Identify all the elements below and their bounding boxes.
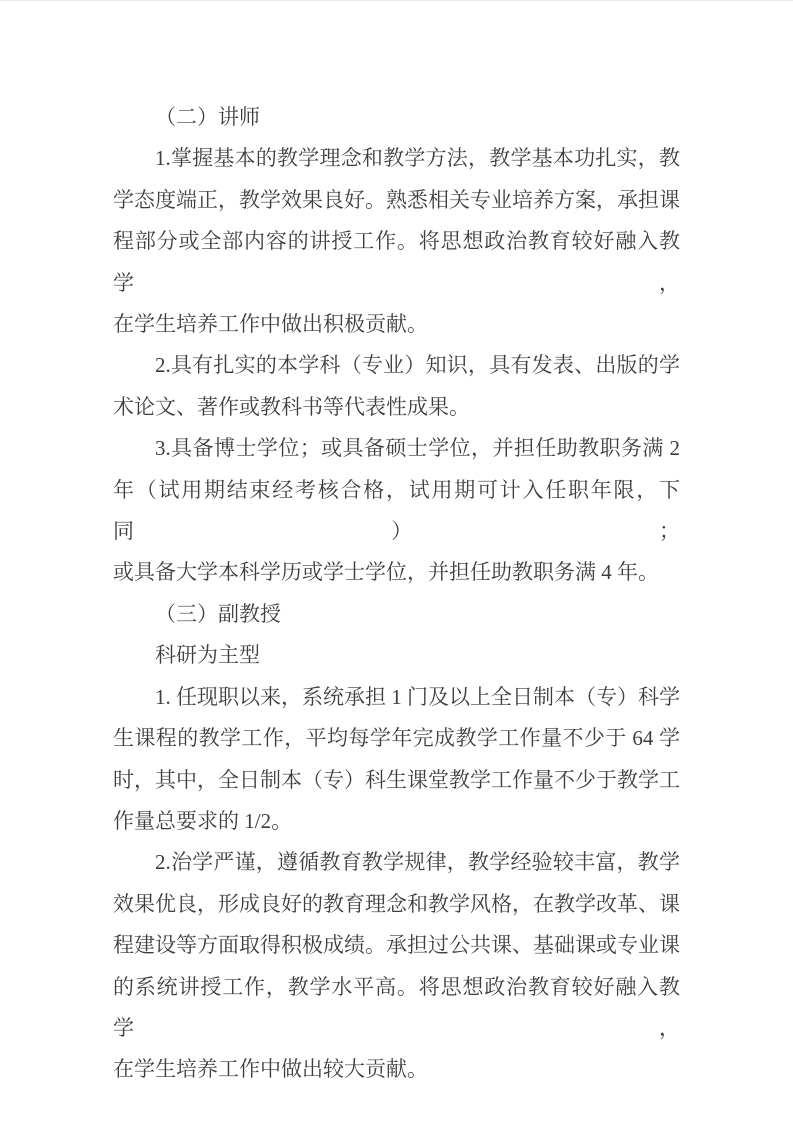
paragraph-line: 时，其中，全日制本（专）科生课堂教学工作量不少于教学工: [113, 760, 680, 801]
section-heading-lecturer: （二）讲师: [113, 97, 680, 138]
subsection-heading-research-oriented: 科研为主型: [113, 635, 680, 676]
paragraph-line: 1.掌握基本的教学理念和教学方法，教学基本功扎实，教: [113, 138, 680, 179]
paragraph-line: 作量总要求的 1/2。: [113, 801, 680, 842]
paragraph-line: 生课程的教学工作，平均每学年完成教学工作量不少于 64 学: [113, 718, 680, 759]
paragraph-line: 学态度端正，教学效果良好。熟悉相关专业培养方案，承担课: [113, 180, 680, 221]
paragraph-line: 3.具备博士学位；或具备硕士学位，并担任助教职务满 2: [113, 428, 680, 469]
paragraph-line: 程建设等方面取得积极成绩。承担过公共课、基础课或专业课: [113, 925, 680, 966]
section-heading-associate-professor: （三）副教授: [113, 594, 680, 635]
paragraph-line: 年（试用期结束经考核合格，试用期可计入任职年限，下同）；: [113, 470, 680, 553]
paragraph-line: 效果优良，形成良好的教育理念和教学风格，在教学改革、课: [113, 884, 680, 925]
paragraph-line: 的系统讲授工作，教学水平高。将思想政治教育较好融入教学，: [113, 967, 680, 1050]
paragraph-line: 程部分或全部内容的讲授工作。将思想政治教育较好融入教学，: [113, 221, 680, 304]
paragraph-line: 在学生培养工作中做出积极贡献。: [113, 304, 680, 345]
paragraph-line: 在学生培养工作中做出较大贡献。: [113, 1049, 680, 1090]
document-body: （二）讲师 1.掌握基本的教学理念和教学方法，教学基本功扎实，教 学态度端正，教…: [113, 97, 680, 1091]
paragraph-line: 或具备大学本科学历或学士学位，并担任助教职务满 4 年。: [113, 552, 680, 593]
paragraph-line: 2.治学严谨，遵循教育教学规律，教学经验较丰富，教学: [113, 842, 680, 883]
paragraph-line: 2.具有扎实的本学科（专业）知识，具有发表、出版的学: [113, 345, 680, 386]
paragraph-line: 1. 任现职以来，系统承担 1 门及以上全日制本（专）科学: [113, 677, 680, 718]
paragraph-line: 术论文、著作或教科书等代表性成果。: [113, 387, 680, 428]
document-page: （二）讲师 1.掌握基本的教学理念和教学方法，教学基本功扎实，教 学态度端正，教…: [0, 0, 793, 1122]
